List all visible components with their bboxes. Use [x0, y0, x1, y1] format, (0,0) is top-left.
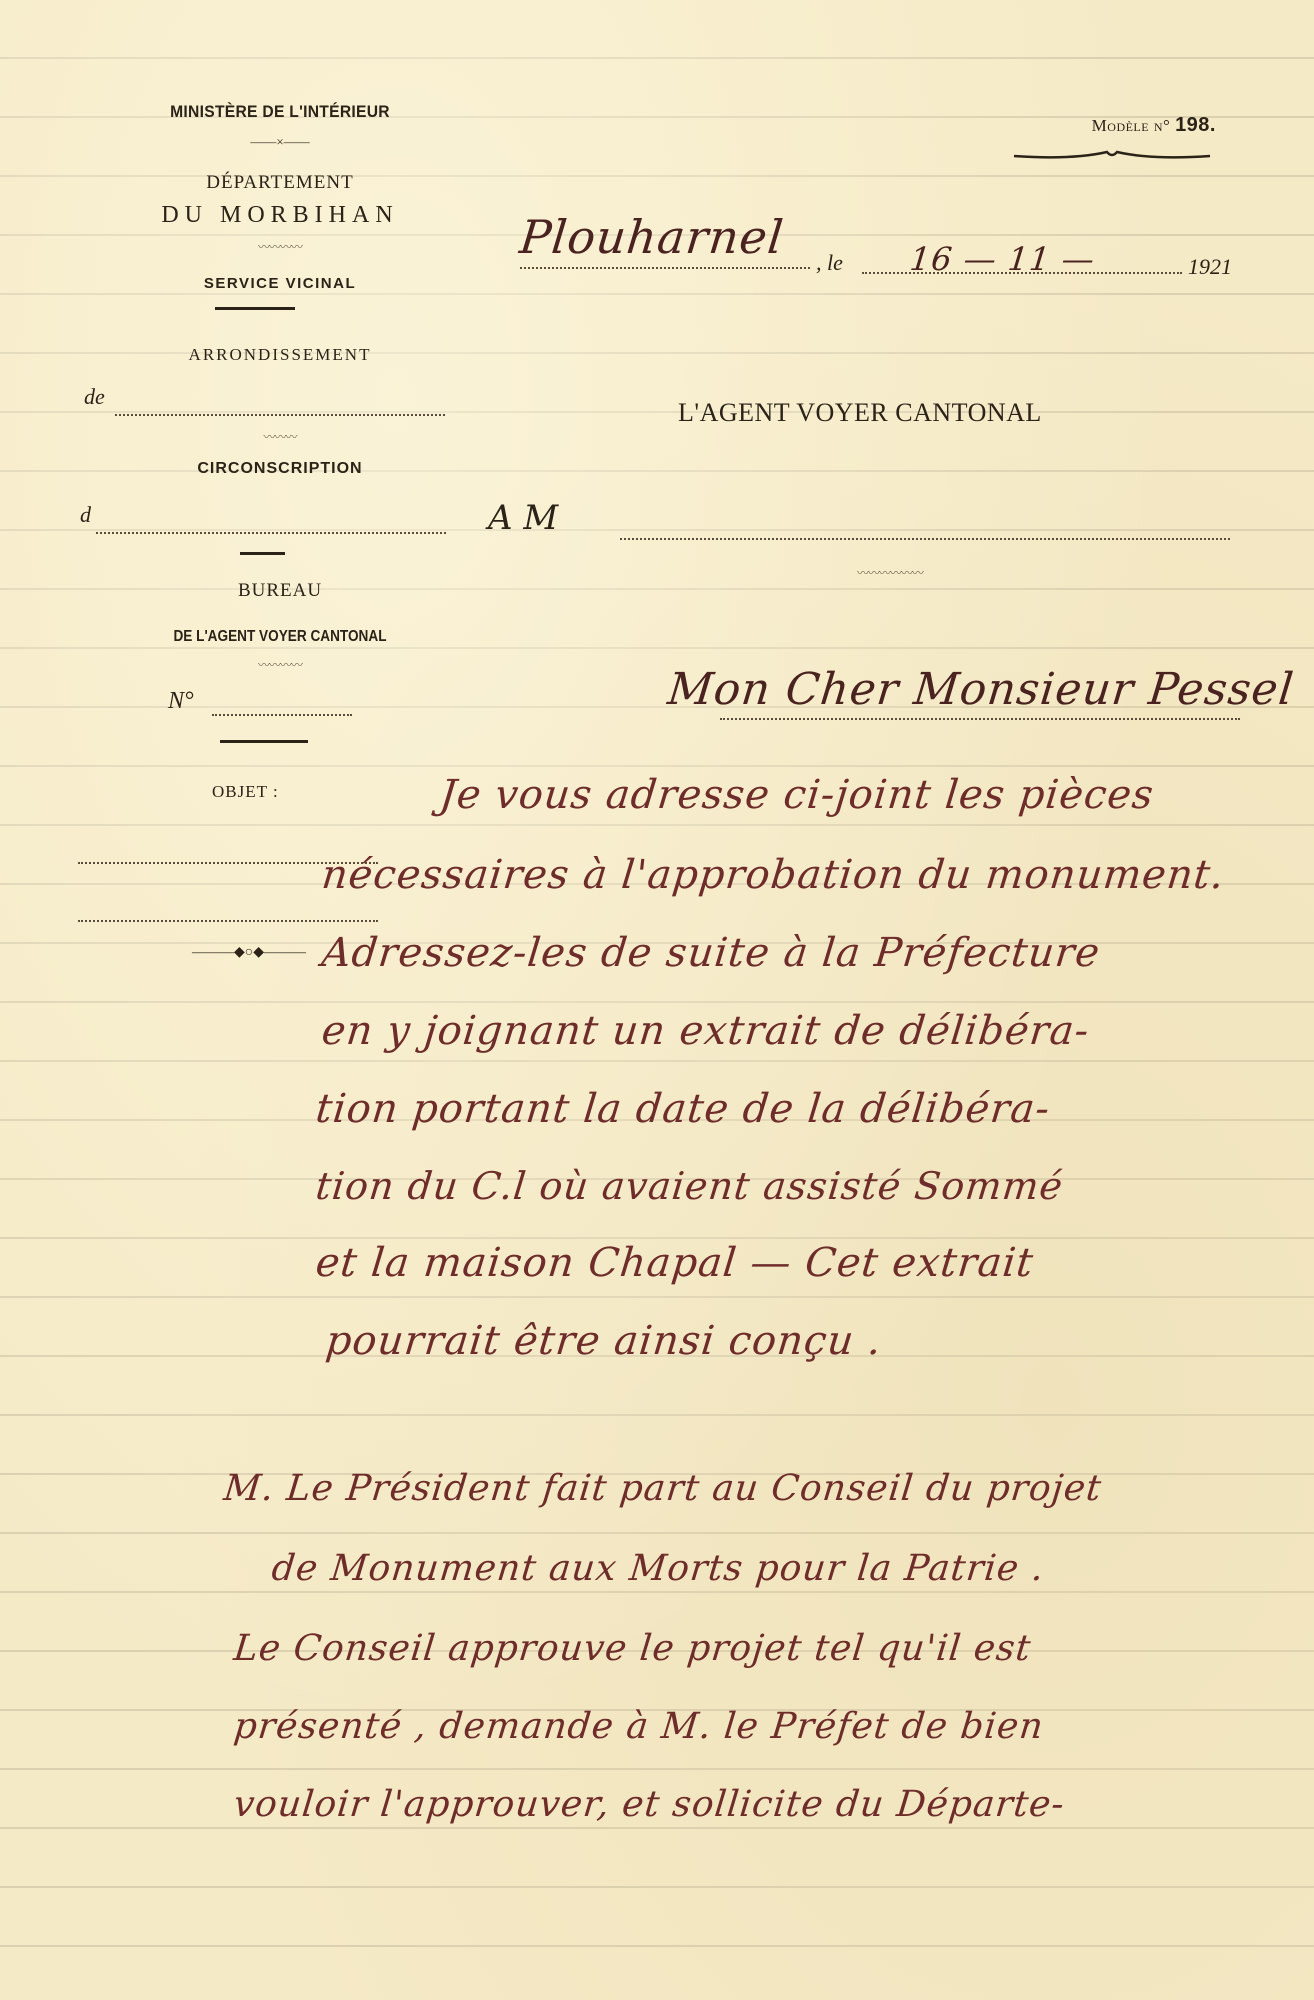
recipient-prefix: A M	[488, 498, 558, 538]
body-line-5: tion portant la date de la délibéra-	[314, 1086, 1053, 1132]
rule-divider	[240, 552, 285, 555]
salutation-line	[720, 718, 1240, 720]
arrondissement-field[interactable]	[115, 414, 445, 416]
body-line-4: en y joignant un extrait de délibéra-	[320, 1008, 1092, 1054]
separator-ornament: ——×——	[80, 134, 480, 150]
extract-line-5: vouloir l'approuver, et sollicite du Dép…	[232, 1784, 1067, 1825]
body-line-1: Je vous adresse ci-joint les pièces	[438, 772, 1157, 818]
department-label: DÉPARTEMENT	[80, 172, 480, 194]
extract-line-3: Le Conseil approuve le projet tel qu'il …	[232, 1628, 1033, 1669]
salutation: Mon Cher Monsieur Pessel	[665, 664, 1296, 715]
arrondissement-label: ARRONDISSEMENT	[80, 345, 480, 365]
arrondissement-prefix: de	[84, 384, 105, 410]
wave-divider: 〰〰〰	[80, 428, 480, 445]
service-label: SERVICE VICINAL	[80, 275, 480, 292]
circonscription-prefix: d	[80, 502, 91, 528]
extract-line-4: présenté , demande à M. le Préfet de bie…	[232, 1706, 1046, 1747]
recipient-field[interactable]	[620, 538, 1230, 540]
date-field[interactable]	[862, 272, 1182, 274]
sender-title: L'AGENT VOYER CANTONAL	[678, 398, 1042, 428]
end-ornament: ———◆○◆———	[192, 944, 306, 961]
wave-divider: 〰〰〰〰	[80, 656, 480, 673]
bureau-subtitle: DE L'AGENT VOYER CANTONAL	[110, 628, 450, 646]
model-label: Modèle n°	[1092, 116, 1171, 135]
circonscription-field[interactable]	[96, 532, 446, 534]
body-line-7: et la maison Chapal — Cet extrait	[314, 1240, 1036, 1286]
extract-line-1: M. Le Président fait part au Conseil du …	[222, 1468, 1104, 1509]
bureau-label: BUREAU	[80, 580, 480, 602]
objet-field-line-2[interactable]	[78, 920, 378, 922]
place-handwritten: Plouharnel	[517, 210, 786, 264]
flourish-ornament	[1012, 148, 1212, 162]
body-line-6: tion du C.l où avaient assisté Sommé	[314, 1164, 1066, 1208]
rule-divider	[215, 307, 295, 310]
rule-divider	[220, 740, 308, 743]
wave-divider: 〰〰〰〰	[80, 238, 480, 255]
place-field[interactable]	[520, 267, 810, 269]
objet-label: OBJET :	[212, 782, 279, 802]
body-line-2: nécessaires à l'approbation du monument.	[320, 852, 1227, 898]
circonscription-label: CIRCONSCRIPTION	[80, 460, 480, 478]
ministry-heading: MINISTÈRE DE L'INTÉRIEUR	[96, 102, 464, 122]
department-name: DU MORBIHAN	[80, 202, 480, 229]
body-line-8: pourrait être ainsi conçu .	[324, 1318, 884, 1364]
number-label: N°	[168, 688, 194, 715]
model-number: Modèle n° 198.	[1092, 114, 1216, 137]
date-prefix: , le	[816, 250, 843, 276]
wave-divider: 〰〰〰〰〰〰	[790, 564, 990, 581]
model-value: 198.	[1175, 114, 1216, 136]
year: 1921	[1188, 254, 1232, 280]
letter-page	[0, 0, 1314, 2000]
number-field[interactable]	[212, 714, 352, 716]
extract-line-2: de Monument aux Morts pour la Patrie .	[270, 1548, 1046, 1589]
body-line-3: Adressez-les de suite à la Préfecture	[320, 930, 1103, 976]
